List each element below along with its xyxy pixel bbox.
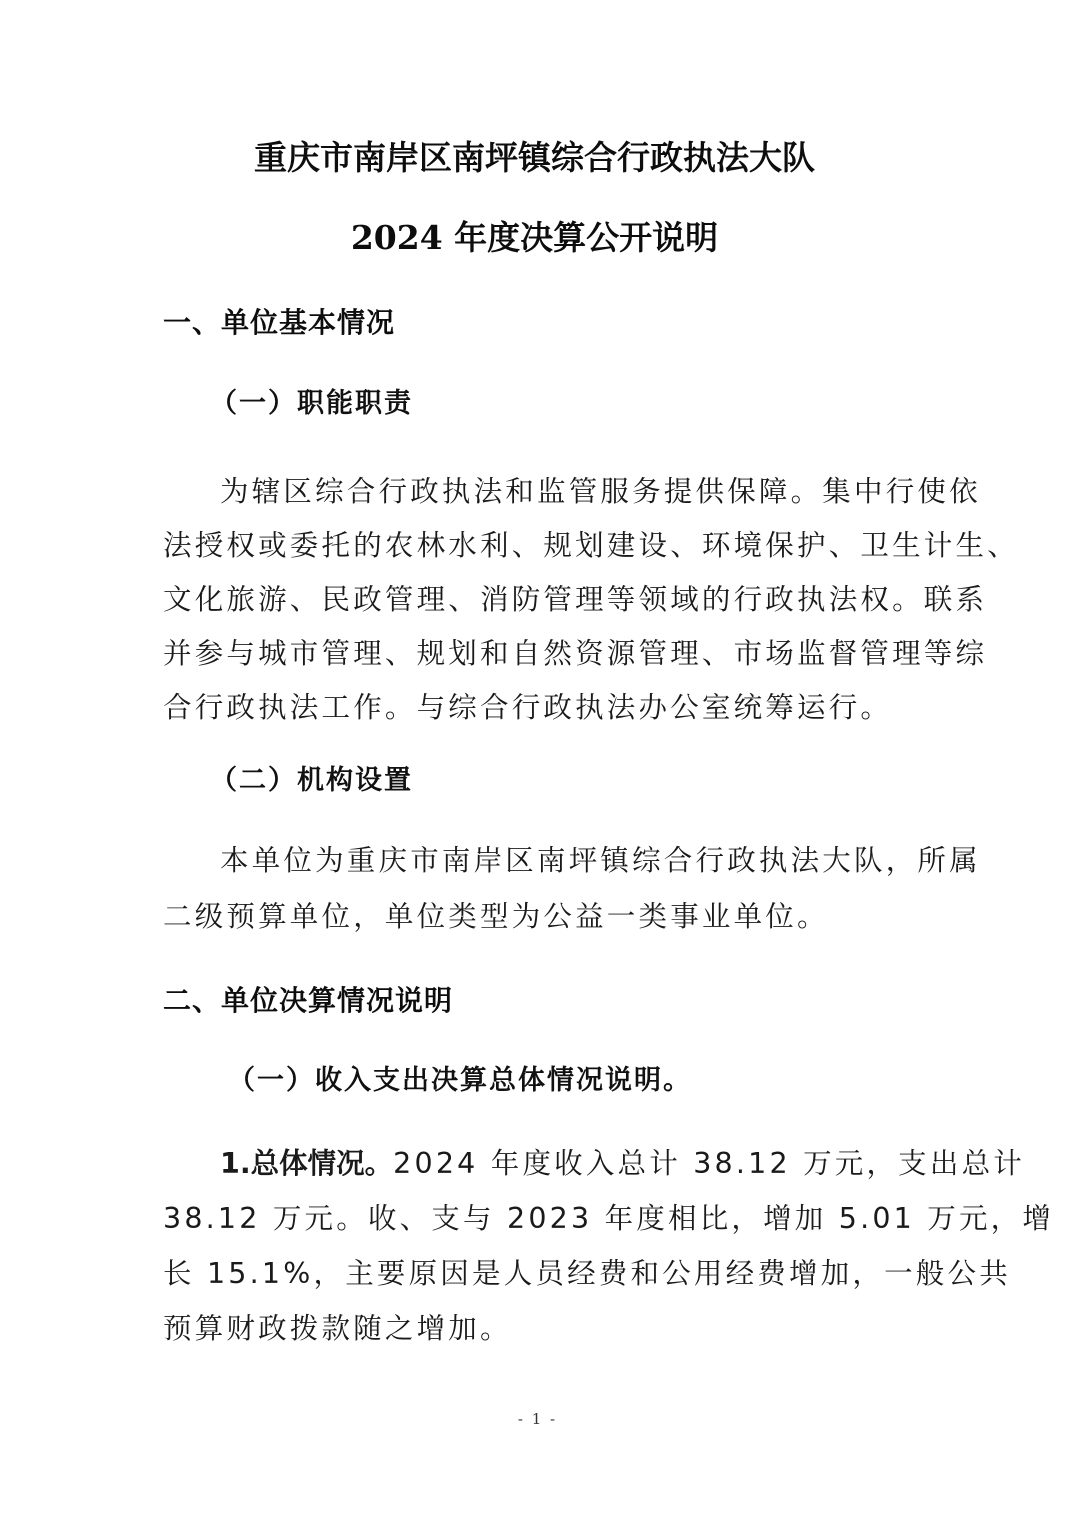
- paragraph-line: 预算财政拨款随之增加。: [163, 1311, 512, 1347]
- paragraph-line: 合行政执法工作。与综合行政执法办公室统筹运行。: [163, 690, 892, 726]
- section1-heading: 一、单位基本情况: [163, 305, 395, 341]
- page-number: - 1 -: [0, 1410, 1075, 1428]
- paragraph-line: 并参与城市管理、规划和自然资源管理、市场监督管理等综: [163, 636, 987, 672]
- paragraph-line: 文化旅游、民政管理、消防管理等领域的行政执法权。联系: [163, 582, 987, 618]
- section2-sub1-heading: （一）收入支出决算总体情况说明。: [228, 1063, 692, 1099]
- paragraph-line: 1.总体情况。2024 年度收入总计 38.12 万元，支出总计: [220, 1146, 1025, 1182]
- paragraph-line: 38.12 万元。收、支与 2023 年度相比，增加 5.01 万元，增: [163, 1201, 1054, 1237]
- paragraph-line: 长 15.1%，主要原因是人员经费和公用经费增加，一般公共: [163, 1256, 1011, 1292]
- section1-sub1-heading: （一）职能职责: [210, 386, 413, 422]
- paragraph-line: 本单位为重庆市南岸区南坪镇综合行政执法大队，所属: [220, 843, 981, 879]
- paragraph-line: 为辖区综合行政执法和监管服务提供保障。集中行使依: [220, 474, 981, 510]
- document-title-line2: 2024 年度决算公开说明: [0, 218, 1072, 258]
- document-title-line1: 重庆市南岸区南坪镇综合行政执法大队: [0, 138, 1072, 178]
- section2-heading: 二、单位决算情况说明: [163, 983, 453, 1019]
- paragraph-line: 法授权或委托的农林水利、规划建设、环境保护、卫生计生、: [163, 528, 1019, 564]
- item-lead: 1.总体情况。: [220, 1147, 393, 1180]
- paragraph-line: 二级预算单位，单位类型为公益一类事业单位。: [163, 899, 829, 935]
- section1-sub2-heading: （二）机构设置: [210, 763, 413, 799]
- item-text: 2024 年度收入总计 38.12 万元，支出总计: [393, 1147, 1025, 1180]
- document-page: 重庆市南岸区南坪镇综合行政执法大队 2024 年度决算公开说明 一、单位基本情况…: [0, 0, 1075, 1520]
